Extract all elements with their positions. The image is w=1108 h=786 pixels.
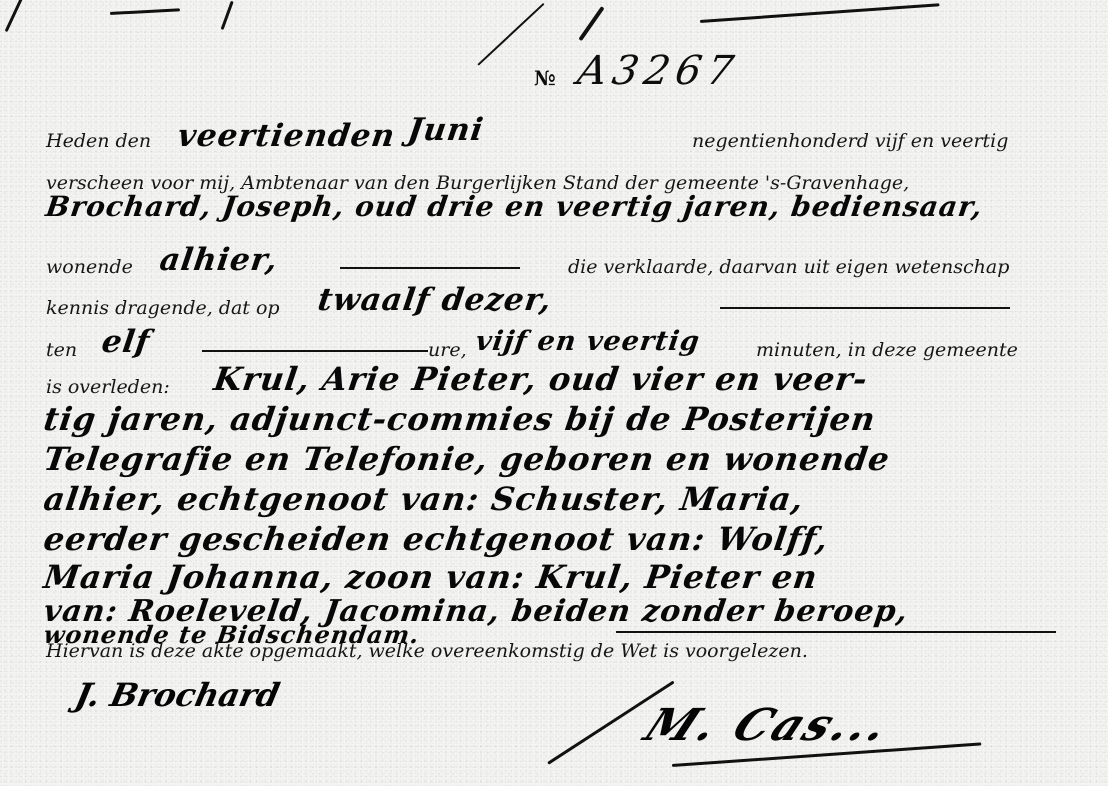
handwritten-line: eerder gescheiden echtgenoot van: Wolff, bbox=[41, 520, 831, 558]
handwritten-residence: alhier, bbox=[157, 242, 280, 278]
number-label: № bbox=[534, 66, 556, 90]
previous-record-stroke bbox=[578, 6, 604, 41]
handwritten-line: Telegrafie en Telefonie, geboren en wone… bbox=[41, 440, 892, 478]
handwritten-declarant: Brochard, Joseph, oud drie en veertig ja… bbox=[44, 190, 985, 223]
previous-record-stroke bbox=[110, 8, 180, 15]
declarant-signature: J. Brochard bbox=[72, 676, 283, 714]
fill-line bbox=[340, 267, 520, 269]
printed-text: Hiervan is deze akte opgemaakt, welke ov… bbox=[46, 640, 808, 662]
printed-text: is overleden: bbox=[46, 376, 170, 398]
handwritten-minutes: vijf en veertig bbox=[474, 326, 702, 357]
previous-record-stroke bbox=[221, 1, 234, 30]
printed-text: ten bbox=[46, 339, 77, 361]
fill-line bbox=[616, 631, 1056, 633]
fill-line bbox=[720, 307, 1010, 309]
handwritten-hour: elf bbox=[99, 324, 152, 360]
handwritten-line: Maria Johanna, zoon van: Krul, Pieter en bbox=[41, 558, 820, 596]
handwritten-line: alhier, echtgenoot van: Schuster, Maria, bbox=[41, 480, 806, 518]
previous-record-stroke bbox=[700, 3, 940, 23]
printed-text: minuten, in deze gemeente bbox=[756, 339, 1018, 361]
previous-record-stroke bbox=[477, 3, 544, 66]
fill-line bbox=[202, 350, 428, 352]
previous-record-stroke bbox=[5, 0, 25, 32]
handwritten-line: tig jaren, adjunct-commies bij de Poster… bbox=[41, 400, 878, 438]
certificate-number: A3267 bbox=[574, 48, 743, 94]
printed-text: kennis dragende, dat op bbox=[46, 297, 280, 319]
handwritten-deceased: Krul, Arie Pieter, oud vier en veer- bbox=[211, 360, 870, 398]
handwritten-date: twaalf dezer, bbox=[315, 282, 554, 318]
official-signature: M. Cas... bbox=[636, 700, 900, 751]
printed-text: Heden den bbox=[46, 130, 151, 152]
printed-text: wonende bbox=[46, 256, 133, 278]
handwritten-month: Juni bbox=[405, 112, 486, 148]
printed-text: ure, bbox=[428, 339, 467, 361]
handwritten-day: veertienden bbox=[175, 118, 397, 154]
printed-text: die verklaarde, daarvan uit eigen wetens… bbox=[568, 256, 1009, 278]
printed-text: negentienhonderd vijf en veertig bbox=[692, 130, 1008, 152]
